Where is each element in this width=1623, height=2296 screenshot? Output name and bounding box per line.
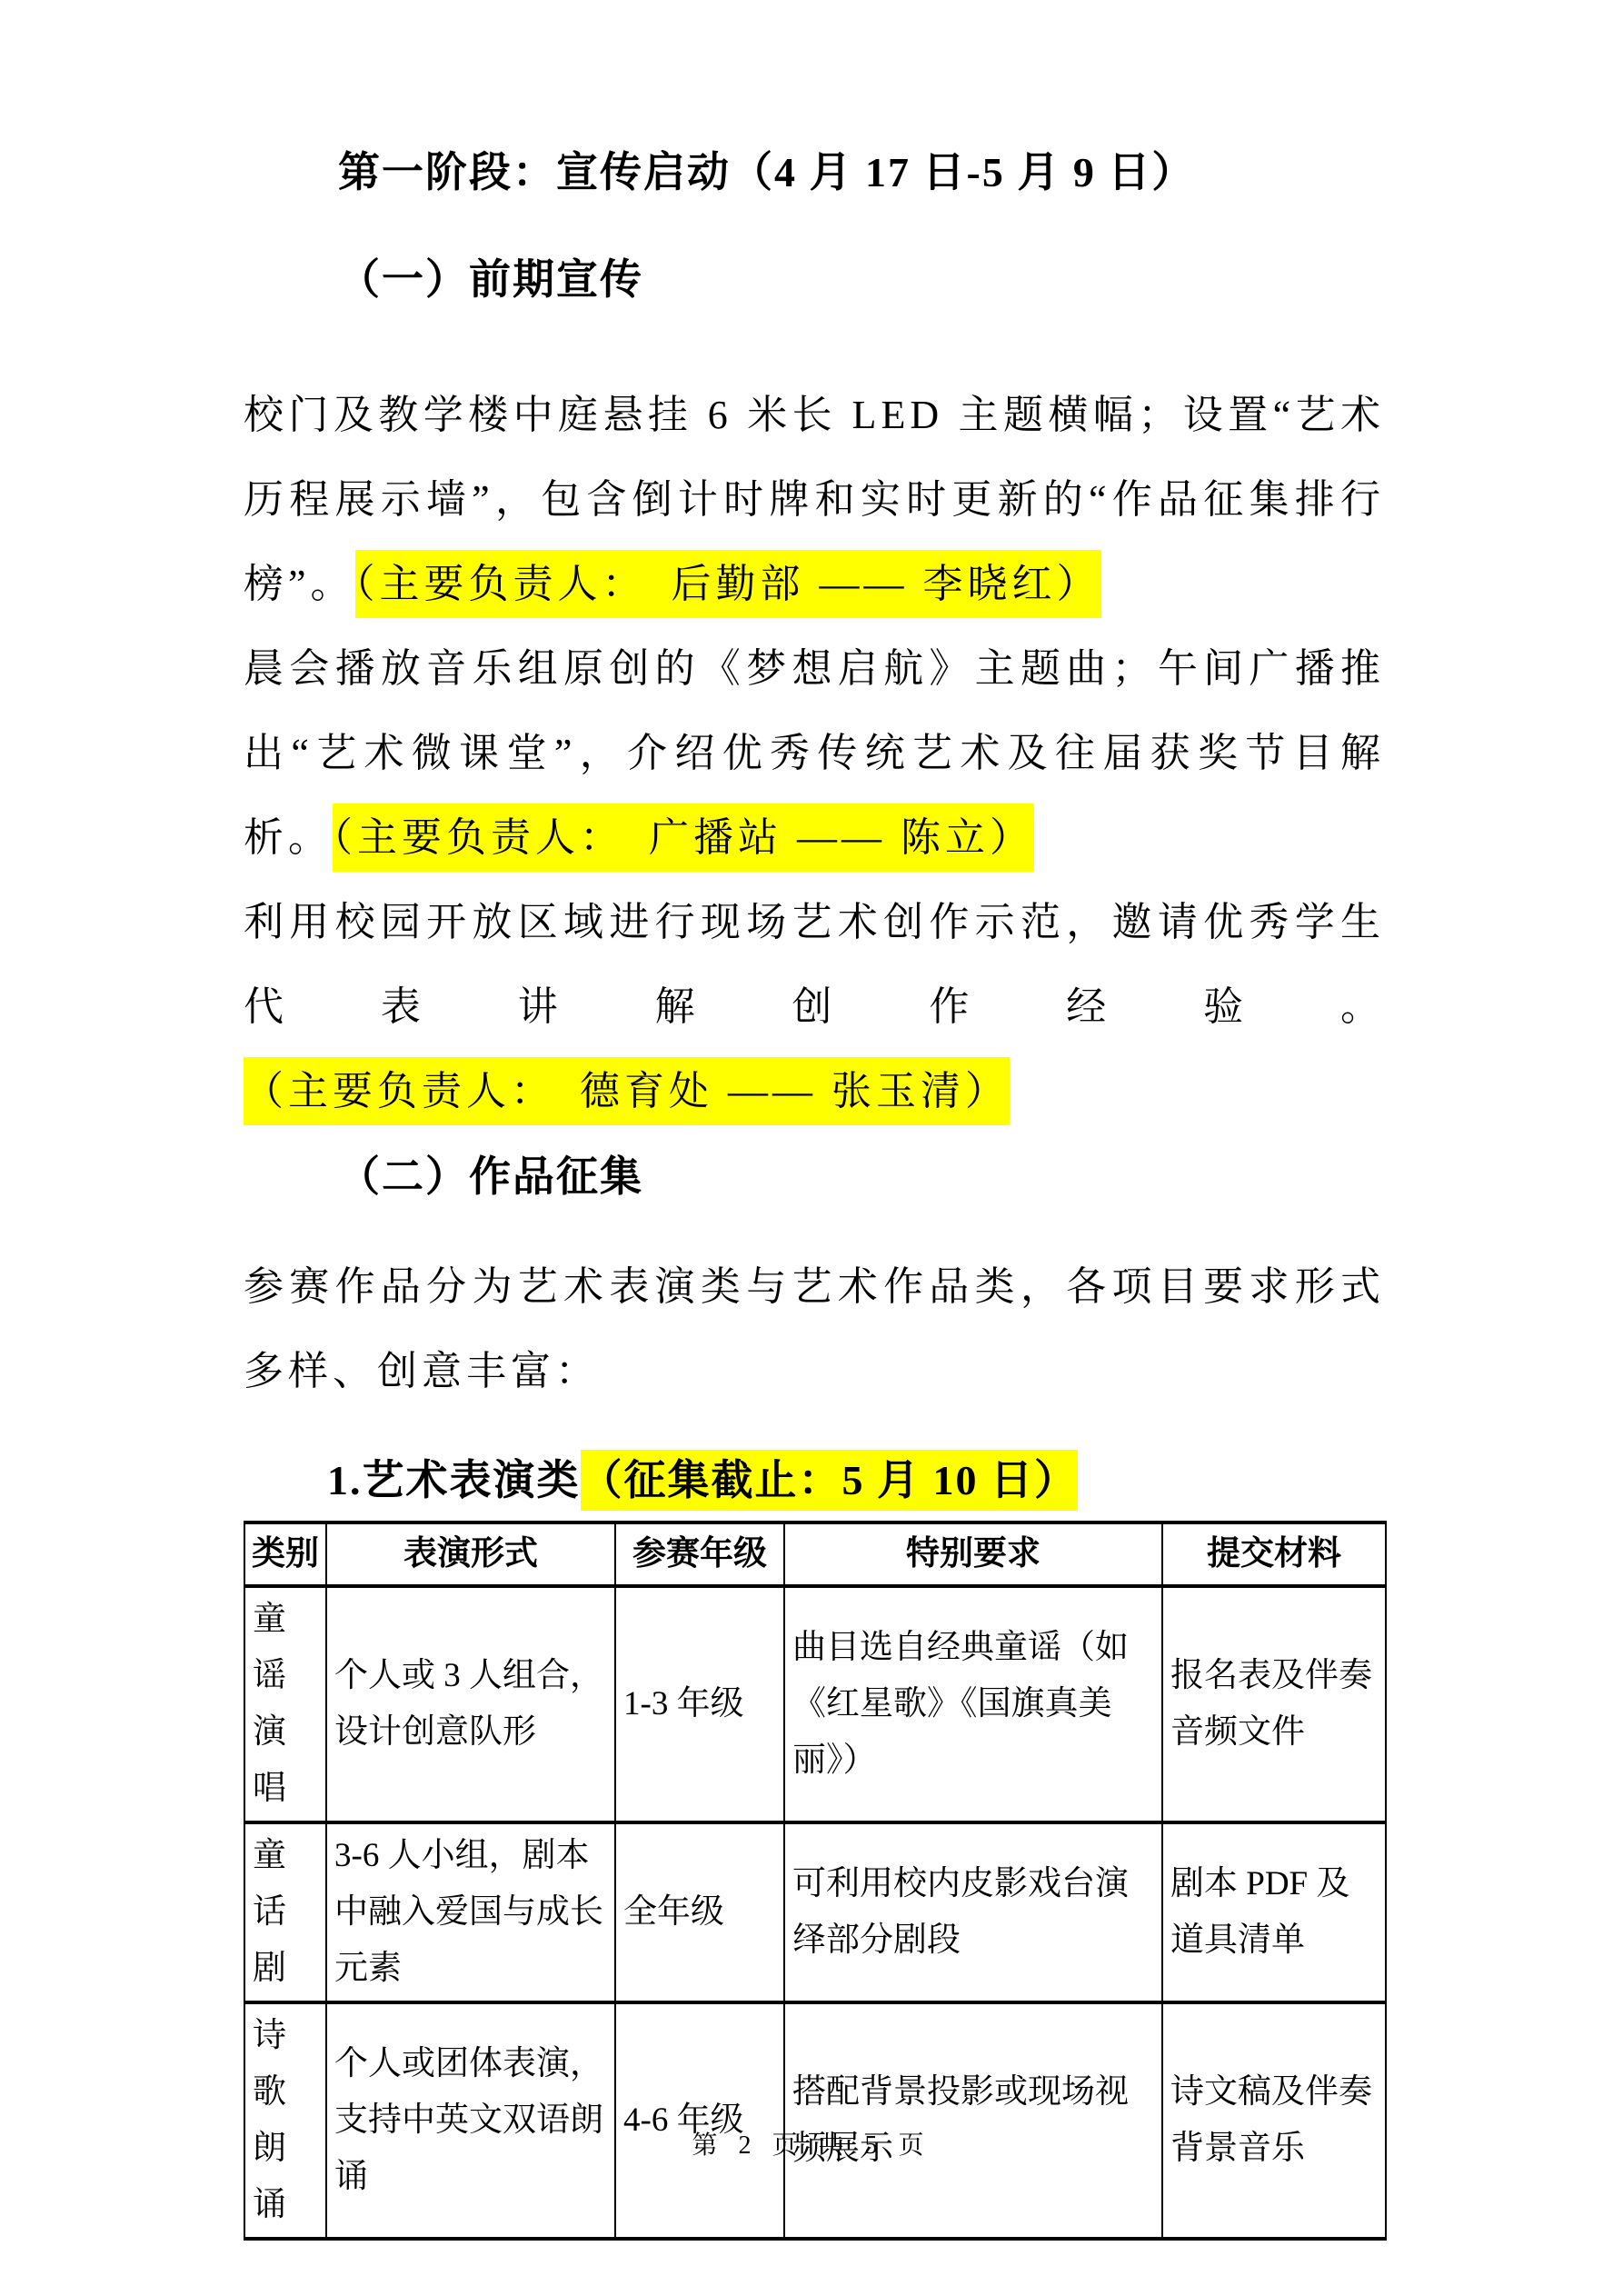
deadline-highlight: （征集截止：5 月 10 日）	[581, 1450, 1079, 1511]
phase-title: 第一阶段：宣传启动（4 月 17 日-5 月 9 日）	[244, 145, 1385, 200]
cell-requirements: 曲目选自经典童谣（如《红星歌》《国旗真美丽》）	[784, 1586, 1162, 1822]
document-page: 第一阶段：宣传启动（4 月 17 日-5 月 9 日） （一）前期宣传 校门及教…	[0, 0, 1623, 2296]
cell-category: 诗歌朗诵	[244, 2002, 326, 2239]
header-special-requirements: 特别要求	[784, 1522, 1162, 1586]
table-row-nursery-rhyme: 童谣演唱 个人或 3 人组合，设计创意队形 1-3 年级 曲目选自经典童谣（如《…	[244, 1586, 1386, 1822]
cell-form: 3-6 人小组，剧本中融入爱国与成长元素	[326, 1822, 615, 2002]
section2-intro: 参赛作品分为艺术表演类与艺术作品类，各项目要求形式多样、创意丰富：	[244, 1244, 1385, 1413]
subheading-prefix: 1.艺术表演类	[327, 1457, 581, 1503]
table-row-fairy-tale-drama: 童话剧 3-6 人小组，剧本中融入爱国与成长元素 全年级 可利用校内皮影戏台演绎…	[244, 1822, 1386, 2002]
table-row-poetry-recitation: 诗歌朗诵 个人或团体表演，支持中英文双语朗诵 4-6 年级 搭配背景投影或现场视…	[244, 2002, 1386, 2239]
paragraph-broadcast: 晨会播放音乐组原创的《梦想启航》主题曲；午间广播推出“艺术微课堂”，介绍优秀传统…	[244, 626, 1385, 880]
cell-category: 童话剧	[244, 1822, 326, 2002]
paragraph-demo: 利用校园开放区域进行现场艺术创作示范，邀请优秀学生代表讲解创作经验。（主要负责人…	[244, 880, 1385, 1133]
cell-requirements: 搭配背景投影或现场视频展示	[784, 2002, 1162, 2239]
responsible-highlight-logistics: （主要负责人： 后勤部 —— 李晓红）	[355, 550, 1101, 618]
cell-grade: 全年级	[615, 1822, 784, 2002]
responsible-highlight-moral-education: （主要负责人： 德育处 —— 张玉清）	[244, 1057, 1010, 1125]
cell-category: 童谣演唱	[244, 1586, 326, 1822]
cell-form: 个人或 3 人组合，设计创意队形	[326, 1586, 615, 1822]
header-category: 类别	[244, 1522, 326, 1586]
table-header-row: 类别 表演形式 参赛年级 特别要求 提交材料	[244, 1522, 1386, 1586]
header-performance-form: 表演形式	[326, 1522, 615, 1586]
cell-materials: 剧本 PDF 及道具清单	[1162, 1822, 1386, 2002]
cell-grade: 4-6 年级	[615, 2002, 784, 2239]
section2-heading: （二）作品征集	[244, 1150, 1385, 1204]
cell-grade: 1-3 年级	[615, 1586, 784, 1822]
section1-body: 校门及教学楼中庭悬挂 6 米长 LED 主题横幅；设置“艺术历程展示墙”，包含倒…	[244, 373, 1385, 1133]
section1-heading: （一）前期宣传	[244, 253, 1385, 307]
header-materials: 提交材料	[1162, 1522, 1386, 1586]
header-grade: 参赛年级	[615, 1522, 784, 1586]
page-number-footer: 第 2 页 共 5 页	[0, 2125, 1623, 2161]
paragraph-demo-text: 利用校园开放区域进行现场艺术创作示范，邀请优秀学生代表讲解创作经验。	[244, 900, 1385, 1029]
cell-materials: 报名表及伴奏音频文件	[1162, 1586, 1386, 1822]
cell-materials: 诗文稿及伴奏背景音乐	[1162, 2002, 1386, 2239]
cell-requirements: 可利用校内皮影戏台演绎部分剧段	[784, 1822, 1162, 2002]
paragraph-banner: 校门及教学楼中庭悬挂 6 米长 LED 主题横幅；设置“艺术历程展示墙”，包含倒…	[244, 373, 1385, 626]
cell-form: 个人或团体表演，支持中英文双语朗诵	[326, 2002, 615, 2239]
responsible-highlight-radio: （主要负责人： 广播站 —— 陈立）	[333, 804, 1034, 872]
section2-intro-text: 参赛作品分为艺术表演类与艺术作品类，各项目要求形式多样、创意丰富：	[244, 1244, 1385, 1413]
performance-category-subheading: 1.艺术表演类（征集截止：5 月 10 日）	[244, 1453, 1385, 1508]
